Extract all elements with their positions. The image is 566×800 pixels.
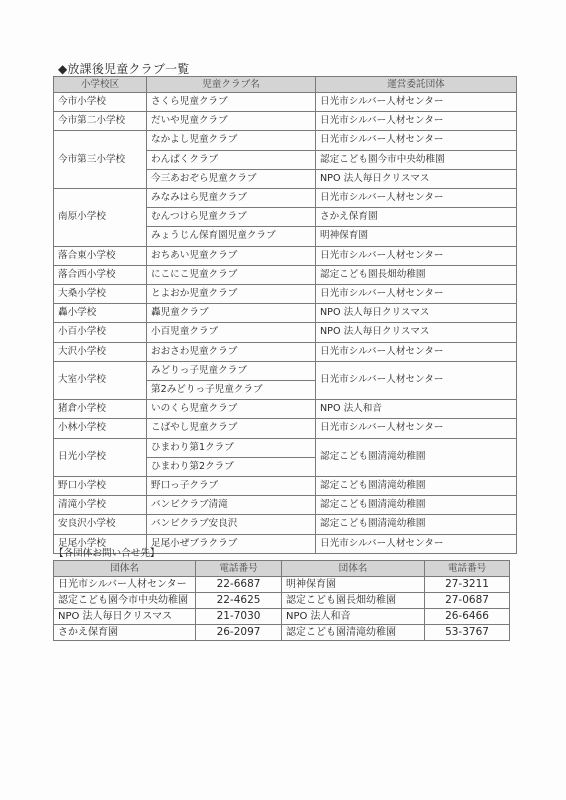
operator-cell: 日光市シルバー人材センター (316, 285, 517, 304)
school-district-cell: 大沢小学校 (54, 342, 147, 361)
page-title: ◆放課後児童クラブ一覧 (58, 60, 189, 77)
school-district-cell: 落合西小学校 (54, 265, 147, 284)
table-row: 今市第二小学校だいや児童クラブ日光市シルバー人材センター (54, 112, 517, 131)
operator-cell: 日光市シルバー人材センター (316, 112, 517, 131)
table-row: NPO 法人毎日クリスマス21-7030NPO 法人和音26-6466 (54, 609, 510, 625)
contact-section-title: 【各団体お問い合せ先】 (54, 545, 160, 559)
operator-cell: 認定こども園清滝幼稚園 (316, 515, 517, 534)
header-phone: 電話番号 (196, 561, 282, 577)
org-name-cell: 認定こども園長畑幼稚園 (282, 593, 425, 609)
org-name-cell: 認定こども園今市中央幼稚園 (54, 593, 196, 609)
club-name-cell: わんぱくクラブ (147, 150, 316, 169)
phone-number-cell: 27-3211 (425, 577, 510, 593)
table-header-row: 団体名 電話番号 団体名 電話番号 (54, 561, 510, 577)
table-row: 認定こども園今市中央幼稚園22-4625認定こども園長畑幼稚園27-0687 (54, 593, 510, 609)
header-school-district: 小学校区 (54, 77, 147, 93)
school-district-cell: 安良沢小学校 (54, 515, 147, 534)
club-name-cell: とよおか児童クラブ (147, 285, 316, 304)
header-phone: 電話番号 (425, 561, 510, 577)
operator-cell: 日光市シルバー人材センター (316, 342, 517, 361)
table-row: 南原小学校みなみはら児童クラブ日光市シルバー人材センター (54, 189, 517, 208)
school-district-cell: 猪倉小学校 (54, 400, 147, 419)
school-district-cell: 清滝小学校 (54, 496, 147, 515)
table-row: 今市小学校さくら児童クラブ日光市シルバー人材センター (54, 93, 517, 112)
school-district-cell: 小林小学校 (54, 419, 147, 438)
header-operator: 運営委託団体 (316, 77, 517, 93)
club-name-cell: みょうじん保育園児童クラブ (147, 227, 316, 246)
table-row: 野口小学校野口っ子クラブ認定こども園清滝幼稚園 (54, 477, 517, 496)
contact-table: 団体名 電話番号 団体名 電話番号 日光市シルバー人材センター22-6687明神… (53, 560, 510, 641)
phone-number-cell: 22-4625 (196, 593, 282, 609)
school-district-cell: 小百小学校 (54, 323, 147, 342)
club-name-cell: にこにこ児童クラブ (147, 265, 316, 284)
club-name-cell: さくら児童クラブ (147, 93, 316, 112)
school-district-cell: 轟小学校 (54, 304, 147, 323)
table-row: 轟小学校轟児童クラブNPO 法人毎日クリスマス (54, 304, 517, 323)
club-list-table: 小学校区 児童クラブ名 運営委託団体 今市小学校さくら児童クラブ日光市シルバー人… (53, 76, 517, 554)
phone-number-cell: 26-2097 (196, 625, 282, 641)
club-name-cell: おおさわ児童クラブ (147, 342, 316, 361)
school-district-cell: 日光小学校 (54, 438, 147, 476)
org-name-cell: 日光市シルバー人材センター (54, 577, 196, 593)
org-name-cell: 明神保育園 (282, 577, 425, 593)
operator-cell: 日光市シルバー人材センター (316, 534, 517, 553)
table-row: 日光市シルバー人材センター22-6687明神保育園27-3211 (54, 577, 510, 593)
operator-cell: 認定こども園今市中央幼稚園 (316, 150, 517, 169)
header-org-name: 団体名 (282, 561, 425, 577)
table-row: 安良沢小学校バンビクラブ安良沢認定こども園清滝幼稚園 (54, 515, 517, 534)
operator-cell: 日光市シルバー人材センター (316, 246, 517, 265)
org-name-cell: 認定こども園清滝幼稚園 (282, 625, 425, 641)
school-district-cell: 大桑小学校 (54, 285, 147, 304)
table-row: 日光小学校ひまわり第1クラブ認定こども園清滝幼稚園 (54, 438, 517, 457)
org-name-cell: NPO 法人和音 (282, 609, 425, 625)
table-row: 大桑小学校とよおか児童クラブ日光市シルバー人材センター (54, 285, 517, 304)
club-name-cell: みどりっ子児童クラブ (147, 361, 316, 380)
operator-cell: 認定こども園清滝幼稚園 (316, 477, 517, 496)
phone-number-cell: 27-0687 (425, 593, 510, 609)
operator-cell: 認定こども園清滝幼稚園 (316, 438, 517, 476)
club-name-cell: おちあい児童クラブ (147, 246, 316, 265)
operator-cell: 日光市シルバー人材センター (316, 189, 517, 208)
club-name-cell: 小百児童クラブ (147, 323, 316, 342)
table-row: 落合西小学校にこにこ児童クラブ認定こども園長畑幼稚園 (54, 265, 517, 284)
operator-cell: 日光市シルバー人材センター (316, 93, 517, 112)
table-row: 大室小学校みどりっ子児童クラブ日光市シルバー人材センター (54, 361, 517, 380)
school-district-cell: 南原小学校 (54, 189, 147, 247)
club-name-cell: 今三あおぞら児童クラブ (147, 169, 316, 188)
club-name-cell: だいや児童クラブ (147, 112, 316, 131)
school-district-cell: 落合東小学校 (54, 246, 147, 265)
operator-cell: 認定こども園清滝幼稚園 (316, 496, 517, 515)
table-row: 今市第三小学校なかよし児童クラブ日光市シルバー人材センター (54, 131, 517, 150)
club-name-cell: こばやし児童クラブ (147, 419, 316, 438)
operator-cell: さかえ保育園 (316, 208, 517, 227)
school-district-cell: 今市小学校 (54, 93, 147, 112)
org-name-cell: NPO 法人毎日クリスマス (54, 609, 196, 625)
phone-number-cell: 26-6466 (425, 609, 510, 625)
operator-cell: 日光市シルバー人材センター (316, 419, 517, 438)
table-row: 猪倉小学校いのくら児童クラブNPO 法人和音 (54, 400, 517, 419)
club-name-cell: みなみはら児童クラブ (147, 189, 316, 208)
table-row: 落合東小学校おちあい児童クラブ日光市シルバー人材センター (54, 246, 517, 265)
operator-cell: 明神保育園 (316, 227, 517, 246)
operator-cell: 認定こども園長畑幼稚園 (316, 265, 517, 284)
header-club-name: 児童クラブ名 (147, 77, 316, 93)
table-row: 大沢小学校おおさわ児童クラブ日光市シルバー人材センター (54, 342, 517, 361)
operator-cell: NPO 法人毎日クリスマス (316, 169, 517, 188)
table-row: 小百小学校小百児童クラブNPO 法人毎日クリスマス (54, 323, 517, 342)
club-name-cell: 第2みどりっ子児童クラブ (147, 381, 316, 400)
phone-number-cell: 21-7030 (196, 609, 282, 625)
operator-cell: 日光市シルバー人材センター (316, 361, 517, 399)
table-row: 小林小学校こばやし児童クラブ日光市シルバー人材センター (54, 419, 517, 438)
table-row: 清滝小学校バンビクラブ清滝認定こども園清滝幼稚園 (54, 496, 517, 515)
club-name-cell: むんつけら児童クラブ (147, 208, 316, 227)
table-row: さかえ保育園26-2097認定こども園清滝幼稚園53-3767 (54, 625, 510, 641)
club-name-cell: バンビクラブ安良沢 (147, 515, 316, 534)
club-name-cell: なかよし児童クラブ (147, 131, 316, 150)
club-name-cell: 足尾小ぜブラクラブ (147, 534, 316, 553)
org-name-cell: さかえ保育園 (54, 625, 196, 641)
school-district-cell: 今市第三小学校 (54, 131, 147, 189)
operator-cell: 日光市シルバー人材センター (316, 131, 517, 150)
club-name-cell: バンビクラブ清滝 (147, 496, 316, 515)
club-name-cell: いのくら児童クラブ (147, 400, 316, 419)
club-name-cell: ひまわり第2クラブ (147, 457, 316, 476)
school-district-cell: 野口小学校 (54, 477, 147, 496)
club-name-cell: 轟児童クラブ (147, 304, 316, 323)
operator-cell: NPO 法人毎日クリスマス (316, 304, 517, 323)
operator-cell: NPO 法人毎日クリスマス (316, 323, 517, 342)
club-name-cell: ひまわり第1クラブ (147, 438, 316, 457)
table-header-row: 小学校区 児童クラブ名 運営委託団体 (54, 77, 517, 93)
phone-number-cell: 22-6687 (196, 577, 282, 593)
header-org-name: 団体名 (54, 561, 196, 577)
school-district-cell: 大室小学校 (54, 361, 147, 399)
club-name-cell: 野口っ子クラブ (147, 477, 316, 496)
phone-number-cell: 53-3767 (425, 625, 510, 641)
school-district-cell: 今市第二小学校 (54, 112, 147, 131)
operator-cell: NPO 法人和音 (316, 400, 517, 419)
